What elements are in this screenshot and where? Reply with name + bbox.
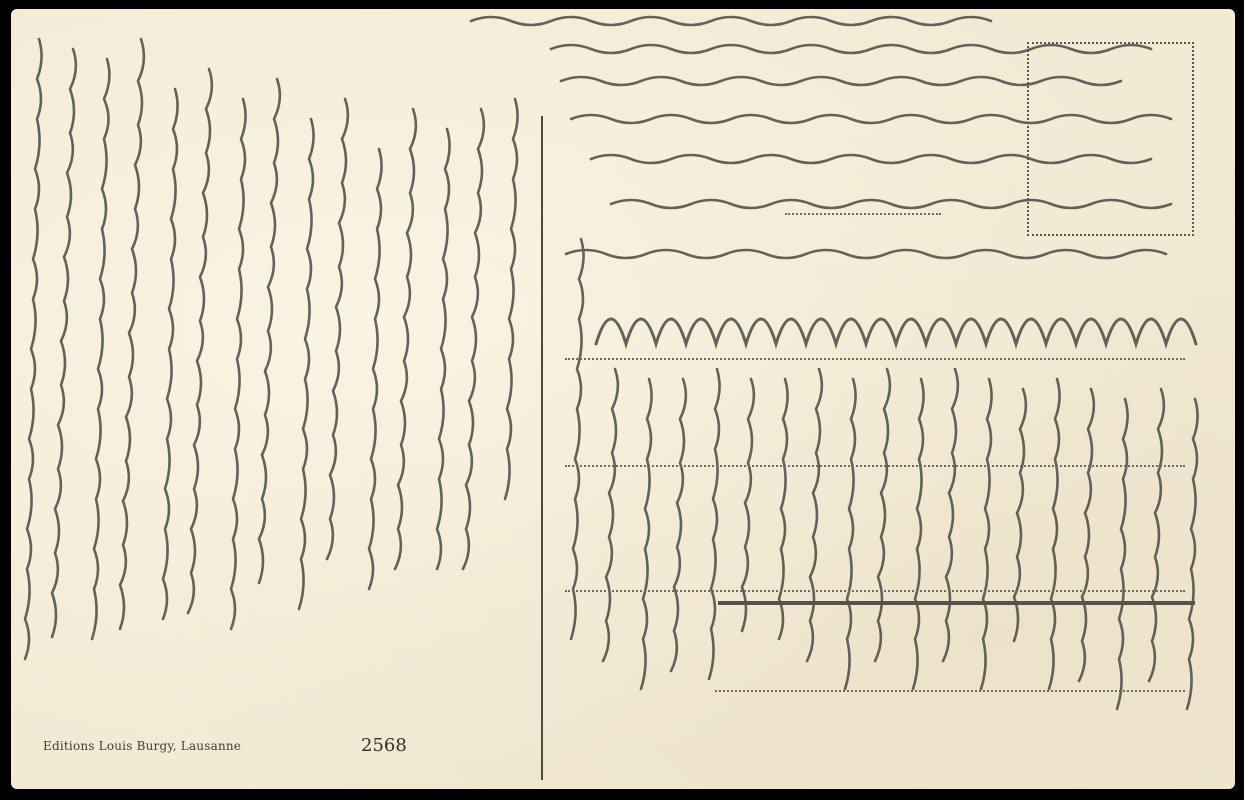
address-line-1 bbox=[785, 213, 941, 215]
publisher-imprint: Editions Louis Burgy, Lausanne bbox=[43, 739, 241, 753]
stamp-box bbox=[1027, 42, 1194, 236]
address-line-3 bbox=[565, 465, 1185, 467]
message-address-divider bbox=[541, 116, 543, 780]
card-number: 2568 bbox=[361, 735, 407, 756]
address-line-2 bbox=[565, 358, 1185, 360]
address-line-4 bbox=[565, 590, 1185, 592]
address-underline bbox=[718, 601, 1195, 605]
postcard-back: Editions Louis Burgy, Lausanne 2568 bbox=[11, 9, 1235, 789]
address-line-5 bbox=[715, 690, 1185, 692]
